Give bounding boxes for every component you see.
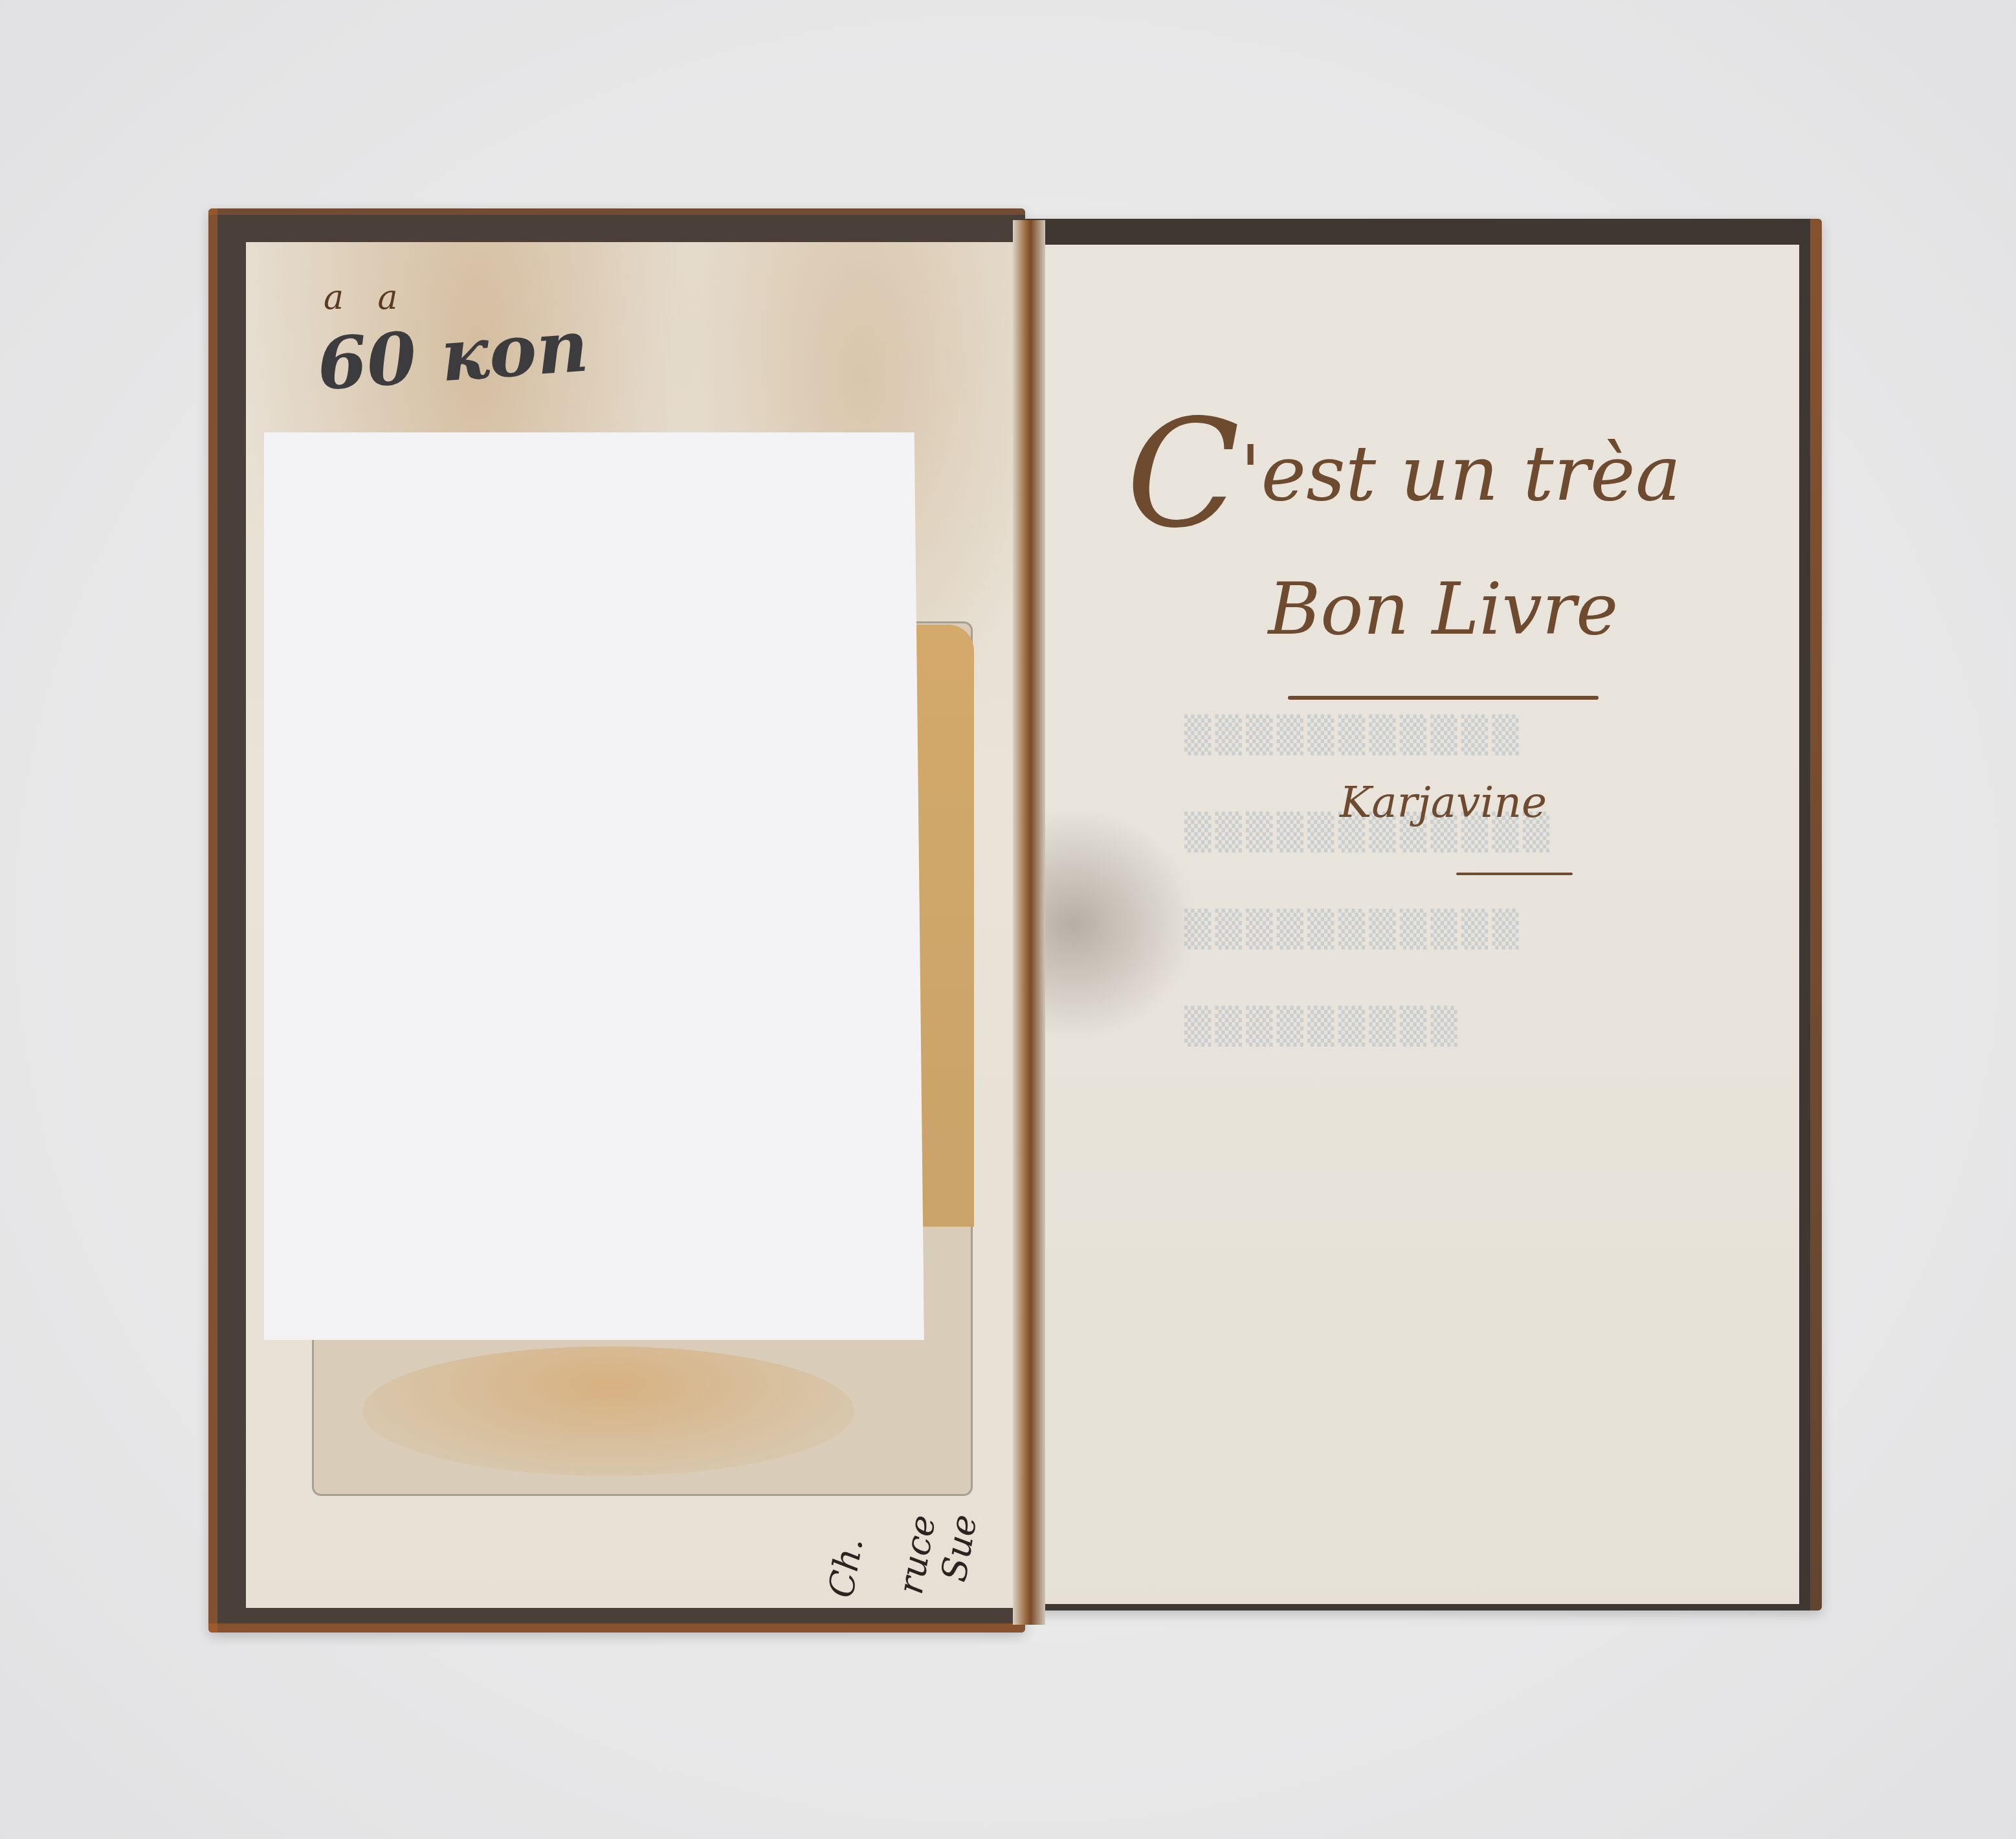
open-book: a a 60 коп Ch. ruce Sue ▒▒▒▒▒▒▒▒▒▒▒ ▒▒▒▒… <box>0 0 2016 1839</box>
signature-flourish <box>1456 873 1573 875</box>
ink-rule <box>1288 696 1599 700</box>
book-gutter <box>1013 220 1045 1625</box>
inscription-line-2: Bon Livre <box>1152 568 1734 651</box>
handwritten-inscription: C'est un trèa Bon Livre Karjavine <box>1152 388 1734 875</box>
inscription-initial: C <box>1126 388 1240 561</box>
signature: Karjavine <box>1152 777 1734 827</box>
photograph-stain <box>362 1346 854 1476</box>
pencil-note: 60 коп <box>315 304 591 407</box>
blank-white-sheet <box>264 432 924 1340</box>
inscription-line-1: C'est un trèa <box>1126 388 1734 561</box>
pencil-price-note: a a 60 коп <box>317 278 588 397</box>
inscription-line-1-text: 'est un trèa <box>1240 429 1681 518</box>
